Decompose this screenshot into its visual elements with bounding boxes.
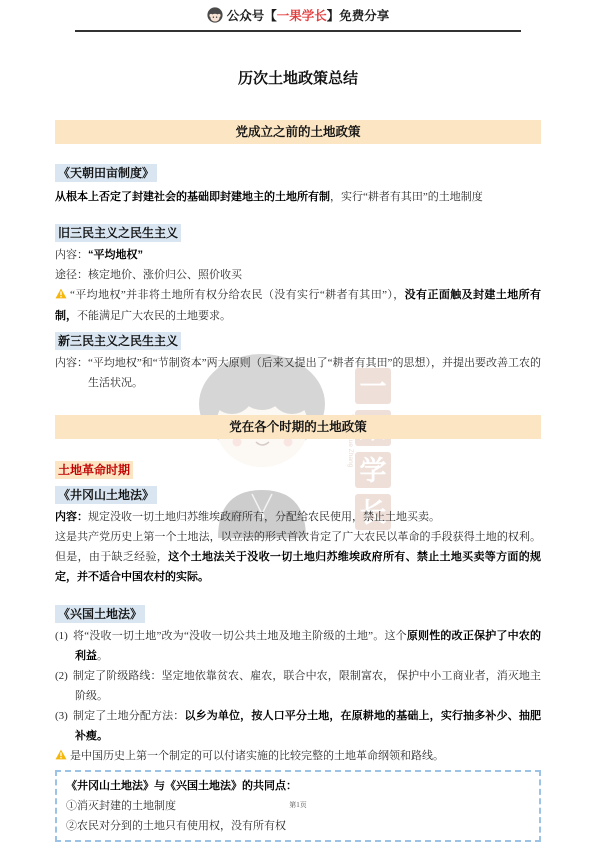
header-brand-name: 一果学长	[277, 9, 327, 23]
header-prefix: 公众号【	[227, 9, 277, 23]
jinggangshan-paragraph: 这是共产党历史上第一个土地法，以立法的形式首次肯定了广大农民以革命的手段获得土地…	[55, 527, 541, 587]
new-minsheng-content: 内容：“平均地权”和“节制资本”两大原则（后来又提出了“耕者有其田”的思想），并…	[55, 353, 541, 393]
xingguo-item1-pre: 将“没收一切土地”改为“没收一切公共土地及地主阶级的土地”。这个	[73, 630, 407, 642]
item-number: (3)	[55, 710, 68, 722]
page-title: 历次土地政策总结	[55, 69, 541, 89]
warning-icon	[55, 747, 67, 767]
brand-avatar-icon	[207, 7, 223, 27]
xingguo-item1-post: 。	[97, 650, 108, 662]
header-divider	[75, 30, 521, 32]
heading-old-minsheng: 旧三民主义之民生主义	[55, 224, 181, 242]
content-label-bold: 内容：	[55, 511, 88, 523]
jinggangshan-content-line: 内容：规定没收一切土地归苏维埃政府所有，分配给农民使用，禁止土地买卖。	[55, 507, 541, 527]
item-number: (2)	[55, 670, 68, 682]
old-minsheng-content-line: 内容：“平均地权”	[55, 245, 541, 265]
tianchao-bold-text: 从根本上否定了封建社会的基础即封建地主的土地所有制	[55, 191, 330, 203]
old-minsheng-warn-pre: “平均地权”并非将土地所有权分给农民（没有实行“耕者有其田”），	[70, 289, 405, 301]
page-number: 第1页	[0, 800, 596, 810]
item-number: (1)	[55, 630, 68, 642]
common-points-title: 《井冈山土地法》与《兴国土地法》的共同点：	[66, 776, 530, 796]
heading-new-minsheng: 新三民主义之民生主义	[55, 332, 181, 350]
old-minsheng-way-line: 途径：核定地价、涨价归公、照价收买	[55, 265, 541, 285]
xingguo-item2-text: 制定了阶级路线：坚定地依靠贫农、雇农，联合中农，限制富农， 保护中小工商业者，消…	[73, 670, 541, 702]
xingguo-block: (1)将“没收一切土地”改为“没收一切公共土地及地主阶级的土地”。这个原则性的改…	[55, 626, 541, 767]
page-header: 公众号【一果学长】免费分享	[0, 0, 596, 27]
heading-land-revolution-period: 土地革命时期	[55, 461, 133, 479]
header-suffix: 】免费分享	[327, 9, 390, 23]
xingguo-item-3: (3)制定了土地分配方法：以乡为单位，按人口平分土地，在原耕地的基础上，实行抽多…	[55, 706, 541, 746]
heading-jinggangshan-law: 《井冈山土地法》	[55, 486, 157, 504]
document-content: 历次土地政策总结 党成立之前的土地政策 《天朝田亩制度》 从根本上否定了封建社会…	[0, 69, 596, 842]
xingguo-item-1: (1)将“没收一切土地”改为“没收一切公共土地及地主阶级的土地”。这个原则性的改…	[55, 626, 541, 666]
warning-icon	[55, 286, 67, 306]
heading-xingguo-law: 《兴国土地法》	[55, 605, 145, 623]
old-minsheng-content-bold: “平均地权”	[88, 249, 143, 261]
tianchao-rest-text: ，实行“耕者有其田”的土地制度	[330, 191, 483, 203]
content-label: 内容：	[55, 357, 88, 369]
heading-tianchao-tianmu: 《天朝田亩制度》	[55, 164, 157, 182]
xingguo-warn-text: 是中国历史上第一个制定的可以付诸实施的比较完整的土地革命纲领和路线。	[70, 750, 444, 762]
document-page: Yi Guo Xue Zhang 一 果 学 长 公众号【一果学长】免费分享 历…	[0, 0, 596, 842]
old-minsheng-warn-post: 不能满足广大农民的土地要求。	[77, 310, 231, 322]
new-minsheng-content-text: “平均地权”和“节制资本”两大原则（后来又提出了“耕者有其田”的思想），并提出要…	[88, 357, 541, 389]
old-minsheng-block: 内容：“平均地权” 途径：核定地价、涨价归公、照价收买 “平均地权”并非将土地所…	[55, 245, 541, 326]
content-label: 内容：	[55, 249, 88, 261]
tianchao-paragraph: 从根本上否定了封建社会的基础即封建地主的土地所有制，实行“耕者有其田”的土地制度	[55, 187, 541, 207]
old-minsheng-warning: “平均地权”并非将土地所有权分给农民（没有实行“耕者有其田”），没有正面触及封建…	[55, 285, 541, 326]
xingguo-item-2: (2)制定了阶级路线：坚定地依靠贫农、雇农，联合中农，限制富农， 保护中小工商业…	[55, 666, 541, 706]
jinggangshan-block: 内容：规定没收一切土地归苏维埃政府所有，分配给农民使用，禁止土地买卖。 这是共产…	[55, 507, 541, 587]
section-banner-party-periods: 党在各个时期的土地政策	[55, 415, 541, 439]
xingguo-item3-pre: 制定了土地分配方法：	[73, 710, 185, 722]
common-point-item: ②农民对分到的土地只有使用权，没有所有权	[66, 816, 530, 836]
xingguo-warning: 是中国历史上第一个制定的可以付诸实施的比较完整的土地革命纲领和路线。	[55, 746, 541, 767]
section-banner-pre-party: 党成立之前的土地政策	[55, 120, 541, 144]
jinggangshan-content-text: 规定没收一切土地归苏维埃政府所有，分配给农民使用，禁止土地买卖。	[88, 511, 440, 523]
